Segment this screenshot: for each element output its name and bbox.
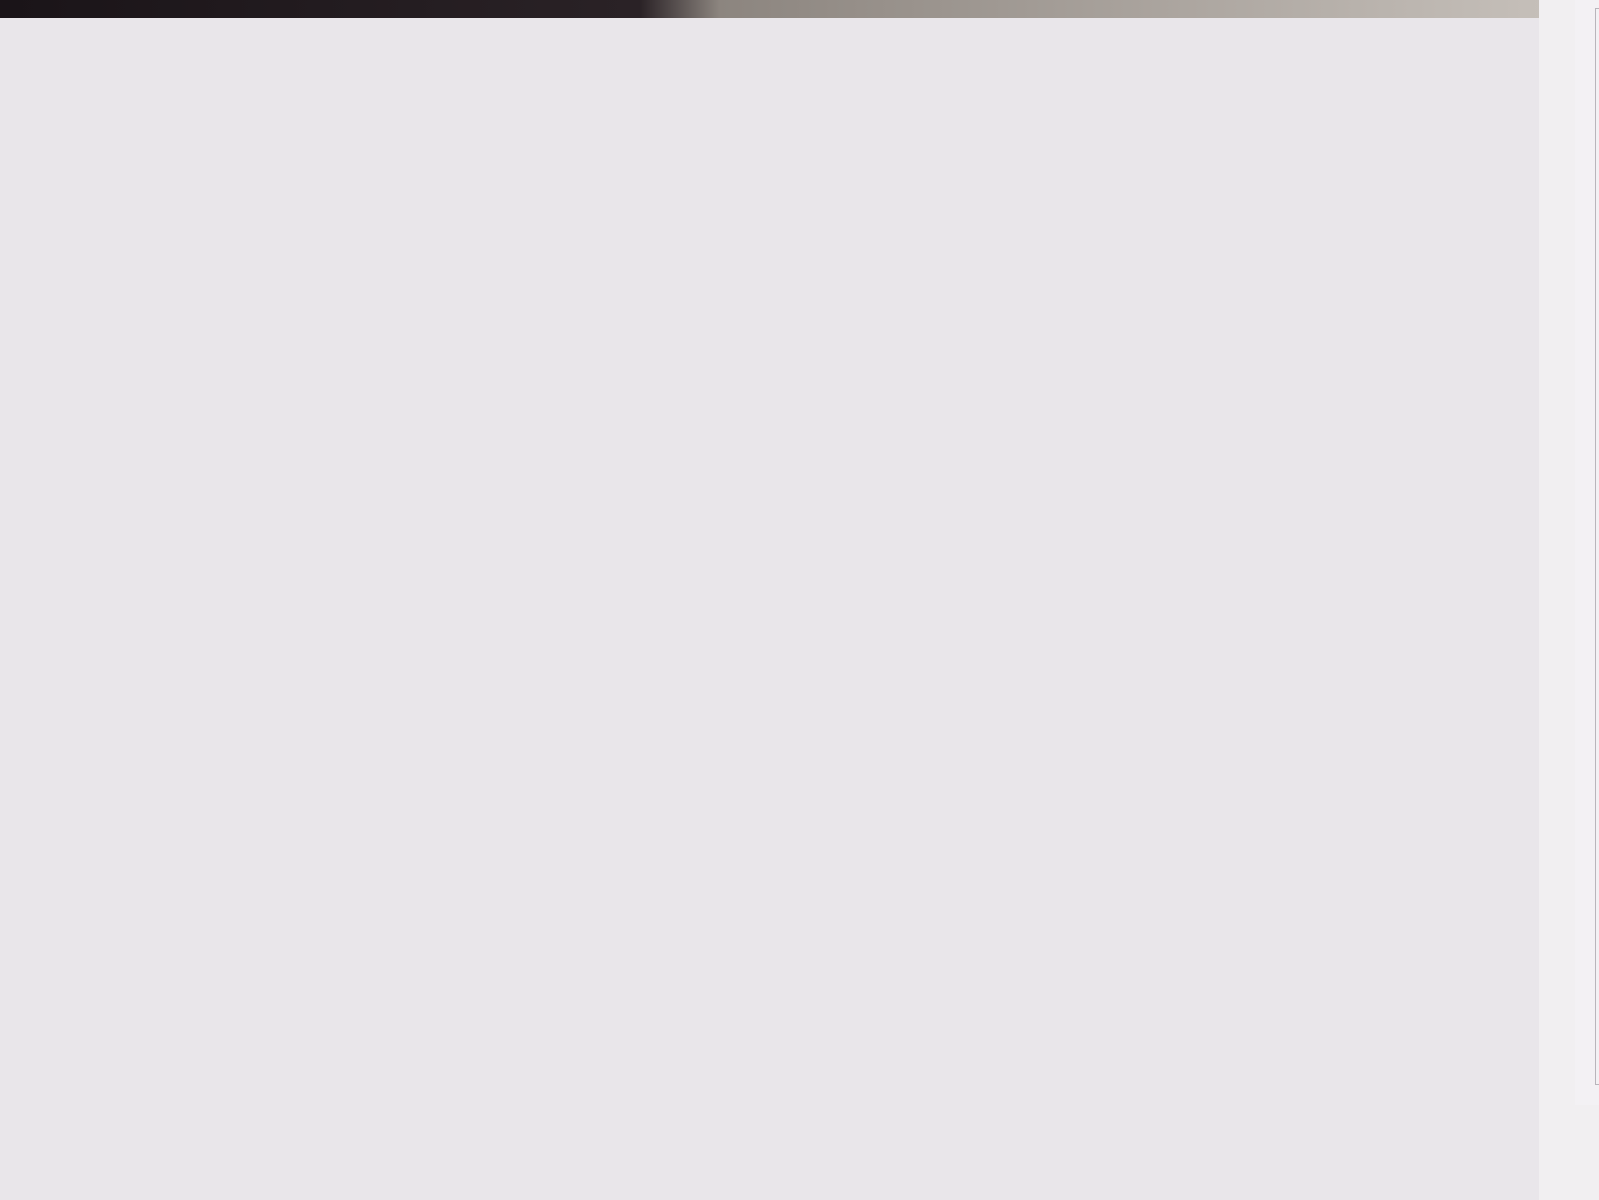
- background-top: [0, 0, 1599, 18]
- invoice-frame: SMS SUPPLY PORT PVT. LTD. Opp- V-10/5, D…: [1595, 8, 1599, 1085]
- invoice-sheet: SMS SUPPLY PORT PVT. LTD. Opp- V-10/5, D…: [1575, 0, 1599, 1105]
